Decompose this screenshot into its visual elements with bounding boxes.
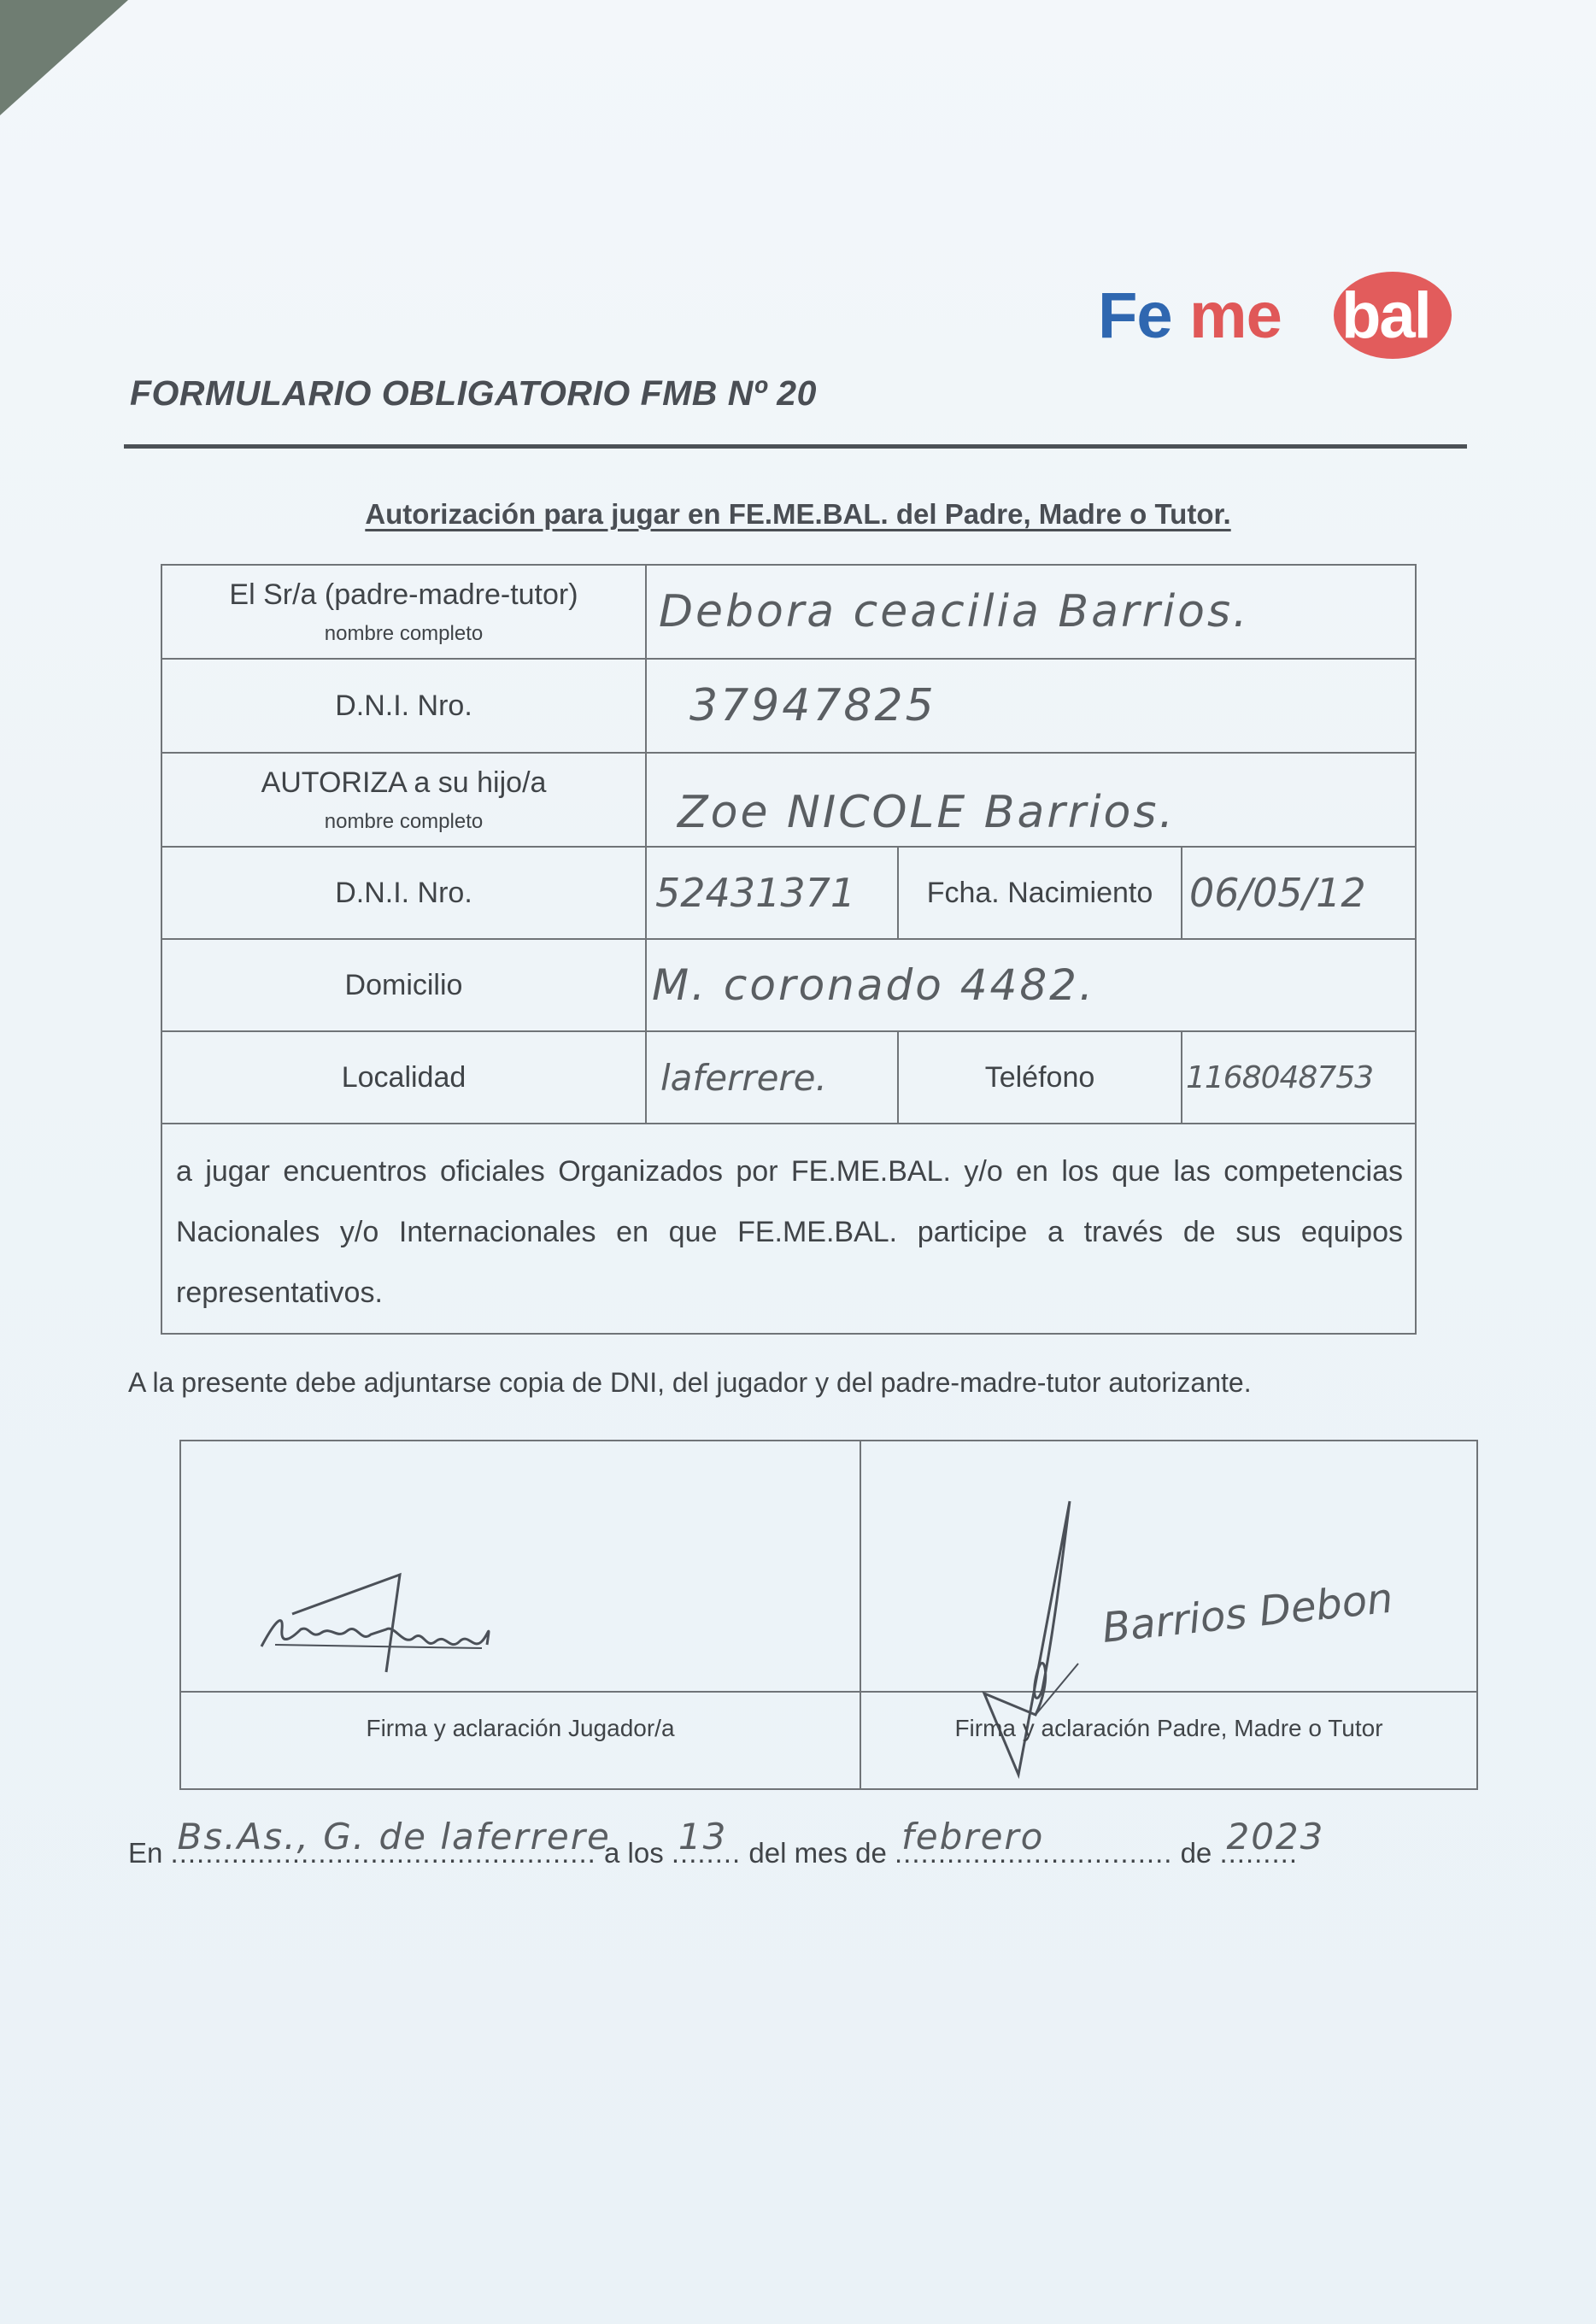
- child-dni-label: D.N.I. Nro.: [335, 877, 472, 910]
- phone-label: Teléfono: [985, 1061, 1095, 1095]
- form-title: FORMULARIO OBLIGATORIO FMB Nº 20: [130, 373, 817, 414]
- row-guardian-dni: D.N.I. Nro. 37947825: [161, 658, 1417, 752]
- locality-label: Localidad: [342, 1061, 466, 1095]
- birthdate-label: Fcha. Nacimiento: [927, 877, 1153, 910]
- date-place-line: En .....................................…: [128, 1837, 1298, 1869]
- locality-field[interactable]: laferrere.: [645, 1032, 897, 1123]
- guardian-dni-field[interactable]: 37947825: [645, 660, 1417, 752]
- days-label: a los: [604, 1837, 664, 1869]
- authorization-text: a jugar encuentros oficiales Organizados…: [176, 1141, 1403, 1323]
- row-child-name: AUTORIZA a su hijo/a nombre completo Zoe…: [161, 752, 1417, 846]
- logo-text-me: me: [1189, 279, 1282, 353]
- form-subtitle: Autorización para jugar en FE.ME.BAL. de…: [0, 498, 1596, 531]
- row-authorization-text: a jugar encuentros oficiales Organizados…: [161, 1123, 1417, 1335]
- phone-field[interactable]: 1168048753: [1181, 1032, 1417, 1123]
- birthdate-field[interactable]: 06/05/12: [1181, 848, 1417, 938]
- guardian-sublabel: nombre completo: [325, 622, 483, 646]
- guardian-dni-label: D.N.I. Nro.: [335, 690, 472, 723]
- player-signature-caption: Firma y aclaración Jugador/a: [181, 1715, 860, 1742]
- date-prefix: En: [128, 1837, 162, 1869]
- guardian-signature-caption: Firma y aclaración Padre, Madre o Tutor: [860, 1715, 1478, 1742]
- address-label: Domicilio: [345, 969, 463, 1002]
- signature-table: Firma y aclaración Jugador/a Barrios Deb…: [179, 1440, 1478, 1790]
- guardian-label: El Sr/a (padre-madre-tutor): [229, 578, 578, 612]
- title-divider: [124, 444, 1467, 449]
- row-child-dni: D.N.I. Nro. 52431371 Fcha. Nacimiento 06…: [161, 846, 1417, 938]
- row-address: Domicilio M. coronado 4482.: [161, 938, 1417, 1030]
- month-field[interactable]: ................................febrero: [895, 1837, 1172, 1869]
- child-sublabel: nombre completo: [325, 810, 483, 834]
- svg-text:Barrios Debon: Barrios Debon: [1100, 1575, 1395, 1652]
- place-field[interactable]: ........................................…: [171, 1837, 596, 1869]
- child-label: AUTORIZA a su hijo/a: [261, 766, 547, 800]
- logo-text-bal: bal: [1341, 279, 1430, 353]
- attachment-note: A la presente debe adjuntarse copia de D…: [128, 1367, 1252, 1399]
- year-field[interactable]: .........2023: [1219, 1837, 1298, 1869]
- year-label: de: [1181, 1837, 1212, 1869]
- month-label: del mes de: [748, 1837, 886, 1869]
- femebal-logo: Fe me bal: [1098, 272, 1457, 366]
- child-name-field[interactable]: Zoe NICOLE Barrios.: [645, 754, 1417, 846]
- child-dni-field[interactable]: 52431371: [645, 848, 897, 938]
- day-field[interactable]: ........13: [672, 1837, 741, 1869]
- row-locality: Localidad laferrere. Teléfono 1168048753: [161, 1030, 1417, 1123]
- row-guardian-name: El Sr/a (padre-madre-tutor) nombre compl…: [161, 564, 1417, 658]
- guardian-name-field[interactable]: Debora ceacilia Barrios.: [645, 566, 1417, 658]
- logo-text-fe: Fe: [1098, 279, 1172, 353]
- address-field[interactable]: M. coronado 4482.: [645, 940, 1417, 1030]
- scan-corner-shadow: [0, 0, 128, 115]
- player-signature[interactable]: [258, 1544, 549, 1681]
